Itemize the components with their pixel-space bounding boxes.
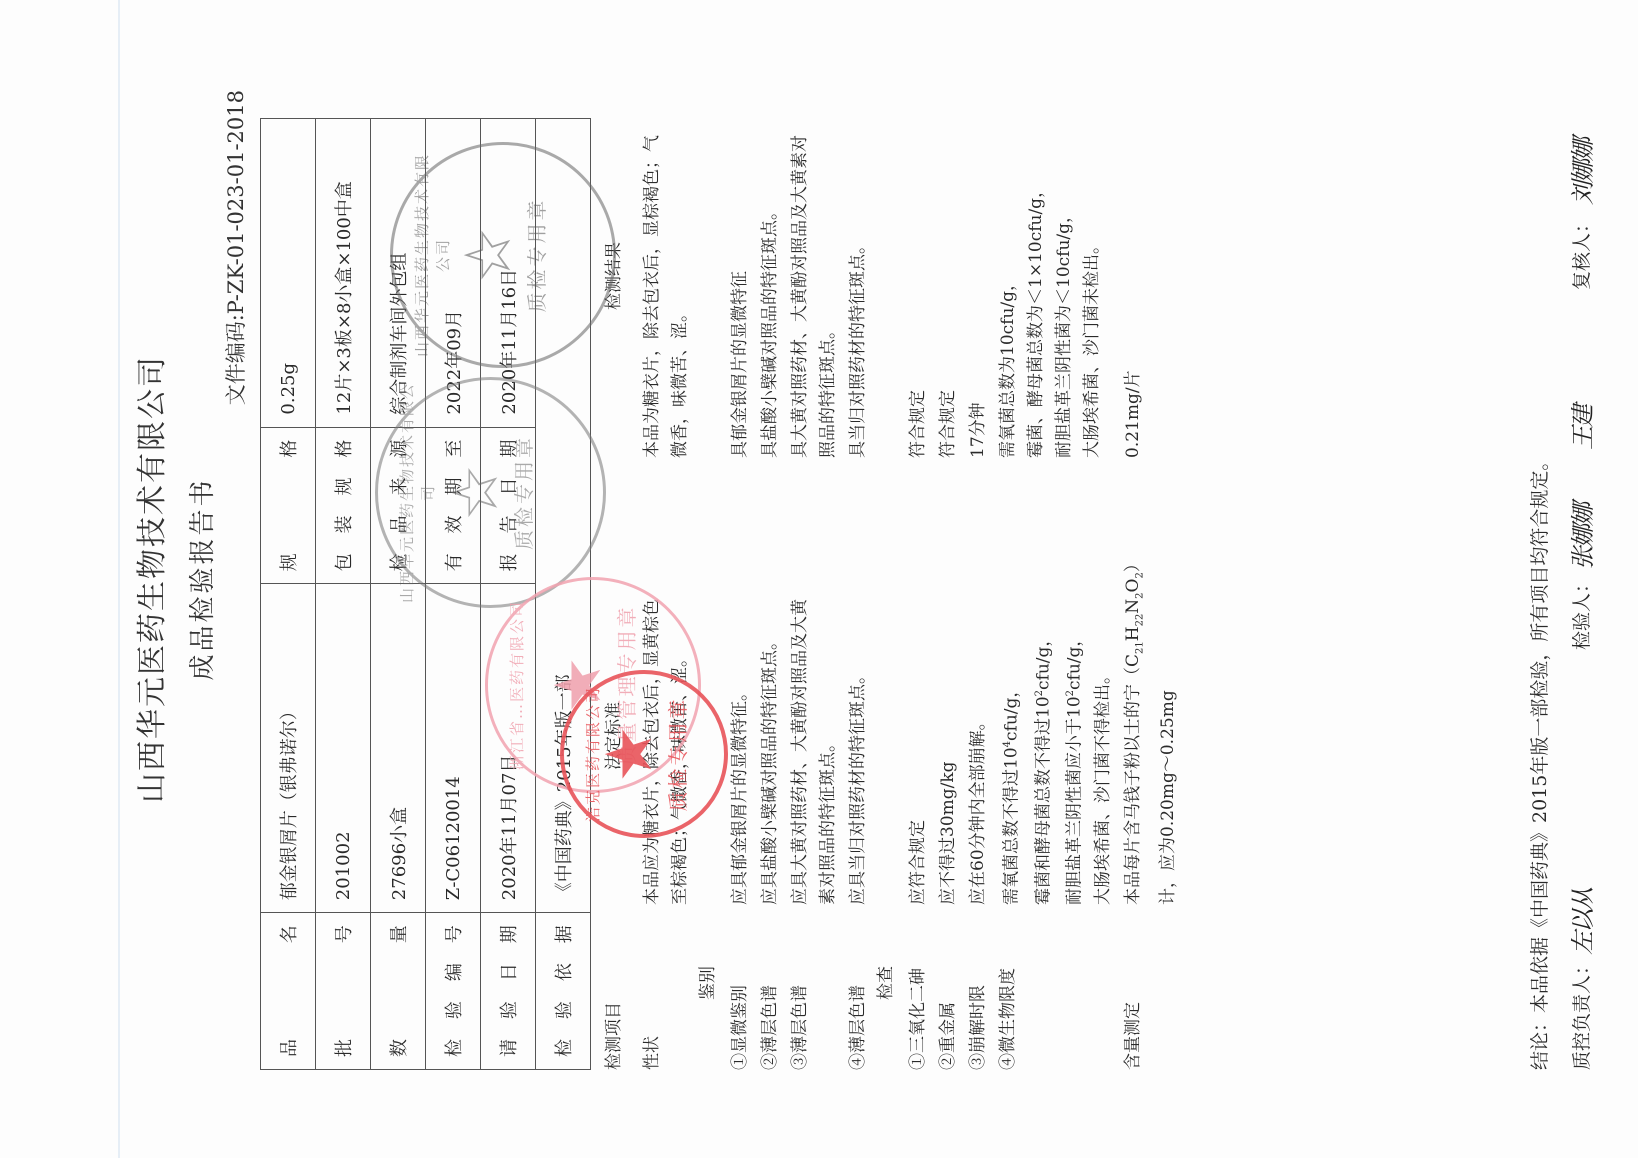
info-label: 数 量 xyxy=(371,913,426,1070)
stamp-ring-text: 浙江省…医药有限公司 xyxy=(506,580,527,790)
test-row: ④微生物限度需氧菌总数不得过104cfu/g，霉菌和酵母菌总数不得过102cfu… xyxy=(994,70,1117,1070)
stamp-ring-text: 浩克医药有限公司 xyxy=(582,674,603,834)
info-value: 12片×3板×8小盒×100中盒 xyxy=(316,119,371,428)
test-item: ④薄层色谱 xyxy=(844,920,872,1070)
scan-edge-line xyxy=(118,0,120,1158)
info-label: 规 格 xyxy=(261,427,316,584)
test-standard: 应符合规定 xyxy=(904,515,932,905)
info-label: 检验编号 xyxy=(426,913,481,1070)
section-title: 检查 xyxy=(872,70,902,1070)
stamp-center-text: 质检专用章 xyxy=(521,198,550,313)
test-result: 符合规定 xyxy=(934,138,962,458)
test-standard: 应具盐酸小檗碱对照品的特征斑点。 xyxy=(756,515,784,905)
signature-line: 质控负责人： 左以从 检验人： 张娜娜 王建 复核人： 刘娜娜 xyxy=(1567,90,1607,1070)
stamp-ring-text: 山西华元医药生物技术有限公司 xyxy=(396,380,438,605)
test-standard: 应在60分钟内全部崩解。 xyxy=(964,515,992,905)
test-standard: 应具大黄对照药材、大黄酚对照品及大黄素对照品的特征斑点。 xyxy=(786,515,842,905)
inspector-signature: 张娜娜 xyxy=(1563,504,1598,570)
company-seal-stamp: 山西华元医药生物技术有限公司 ☆ 质检专用章 xyxy=(375,377,606,608)
info-row: 品 名郁金银屑片（银弗诺尔）规 格0.25g xyxy=(261,119,316,1070)
test-result: 0.21mg/片 xyxy=(1119,138,1147,458)
star-icon: ☆ xyxy=(444,464,508,521)
reviewer-signature: 刘娜娜 xyxy=(1563,139,1598,205)
test-row: ②重金属应不得过30mg/kg符合规定 xyxy=(934,70,962,1070)
star-icon: ☆ xyxy=(457,226,521,283)
test-standard: 本品每片含马钱子粉以士的宁（C21H22N2O2）计，应为0.20mg～0.25… xyxy=(1119,515,1182,905)
qc-seal-stamp: 山西华元医药生物技术有限公司 ☆ 质检专用章 xyxy=(390,142,616,368)
document-code: 文件编码:P-ZK-01-023-01-2018 xyxy=(220,90,250,405)
stamp-ring-text: 山西华元医药生物技术有限公司 xyxy=(411,145,453,365)
test-row: ③薄层色谱应具大黄对照药材、大黄酚对照品及大黄素对照品的特征斑点。具大黄对照药材… xyxy=(786,70,842,1070)
test-item: ①三氧化二砷 xyxy=(904,920,932,1070)
info-value: Z-C06120014 xyxy=(426,584,481,913)
test-result: 17分钟 xyxy=(964,138,992,458)
test-item: ③薄层色谱 xyxy=(786,920,814,1070)
test-standard: 应具当归对照药材的特征斑点。 xyxy=(844,515,872,905)
info-label: 请验日期 xyxy=(481,913,536,1070)
info-label: 批 号 xyxy=(316,913,371,1070)
info-label: 检验依据 xyxy=(536,913,591,1070)
test-result: 本品为糖衣片，除去包衣后，显棕褐色；气微香，味微苦、涩。 xyxy=(638,138,694,458)
test-standard: 需氧菌总数不得过104cfu/g，霉菌和酵母菌总数不得过102cfu/g，耐胆盐… xyxy=(994,515,1117,905)
qc-label: 质控负责人： xyxy=(1567,956,1594,1070)
extra-signature: 王建 xyxy=(1563,406,1598,450)
test-result: 具盐酸小檗碱对照品的特征斑点。 xyxy=(756,138,784,458)
test-row: 含量测定本品每片含马钱子粉以士的宁（C21H22N2O2）计，应为0.20mg～… xyxy=(1119,70,1182,1070)
conclusion: 结论：本品依据《中国药典》2015年版一部检验，所有项目均符合规定。 xyxy=(1525,90,1552,1070)
col-item-header: 检测项目 xyxy=(600,1002,628,1070)
info-label: 包装规格 xyxy=(316,427,371,584)
stamp-center-text: 质检专用章 xyxy=(662,697,691,812)
test-results: 检测项目 法定标准 检测结果 性状本品应为糖衣片，除去包衣后，显黄棕色至棕褐色；… xyxy=(600,70,1182,1070)
test-row: ③崩解时限应在60分钟内全部崩解。17分钟 xyxy=(964,70,992,1070)
test-row: 性状本品应为糖衣片，除去包衣后，显黄棕色至棕褐色；气微香，味微苦、涩。本品为糖衣… xyxy=(638,70,694,1070)
test-item: ②重金属 xyxy=(934,920,962,1070)
test-result: 符合规定 xyxy=(904,138,932,458)
reviewer-label: 复核人： xyxy=(1567,214,1594,290)
test-item: ①显微鉴别 xyxy=(726,920,754,1070)
stamp-center-text: 质检专用章 xyxy=(508,435,537,550)
test-rows: 性状本品应为糖衣片，除去包衣后，显黄棕色至棕褐色；气微香，味微苦、涩。本品为糖衣… xyxy=(638,70,1182,1070)
test-result: 具当归对照药材的特征斑点。 xyxy=(844,138,872,458)
test-row: ①三氧化二砷应符合规定符合规定 xyxy=(904,70,932,1070)
test-standard: 应具郁金银屑片的显微特征。 xyxy=(726,515,754,905)
info-value: 201002 xyxy=(316,584,371,913)
inspector-label: 检验人： xyxy=(1567,574,1594,650)
star-icon: ★ xyxy=(598,725,662,782)
test-item: 性状 xyxy=(638,920,666,1070)
document-page: 山西华元医药生物技术有限公司 成品检验报告书 文件编码:P-ZK-01-023-… xyxy=(0,0,1638,1158)
info-value: 27696小盒 xyxy=(371,584,426,913)
report-title: 成品检验报告书 xyxy=(182,0,219,1158)
section-title: 鉴别 xyxy=(694,70,724,1070)
test-item: ④微生物限度 xyxy=(994,920,1022,1070)
info-value: 0.25g xyxy=(261,119,316,428)
test-item: ②薄层色谱 xyxy=(756,920,784,1070)
qc-signature: 左以从 xyxy=(1563,889,1598,955)
test-result: 具郁金银屑片的显微特征 xyxy=(726,138,754,458)
test-item: 含量测定 xyxy=(1119,920,1147,1070)
test-row: ①显微鉴别应具郁金银屑片的显微特征。具郁金银屑片的显微特征 xyxy=(726,70,754,1070)
test-result: 需氧菌总数为10cfu/g，霉菌、酵母菌总数为＜1×10cfu/g，耐胆盐革兰阴… xyxy=(994,138,1106,458)
red-qc-stamp: 浩克医药有限公司 ★ 质检专用章 xyxy=(560,670,728,838)
info-row: 批 号201002包装规格12片×3板×8小盒×100中盒 xyxy=(316,119,371,1070)
test-standard: 应不得过30mg/kg xyxy=(934,515,962,905)
test-row: ②薄层色谱应具盐酸小檗碱对照品的特征斑点。具盐酸小檗碱对照品的特征斑点。 xyxy=(756,70,784,1070)
test-row: ④薄层色谱应具当归对照药材的特征斑点。具当归对照药材的特征斑点。 xyxy=(844,70,872,1070)
test-result: 具大黄对照药材、大黄酚对照品及大黄素对照品的特征斑点。 xyxy=(786,138,842,458)
company-name: 山西华元医药生物技术有限公司 xyxy=(127,0,171,1158)
test-item: ③崩解时限 xyxy=(964,920,992,1070)
info-label: 品 名 xyxy=(261,913,316,1070)
info-value: 郁金银屑片（银弗诺尔） xyxy=(261,584,316,913)
